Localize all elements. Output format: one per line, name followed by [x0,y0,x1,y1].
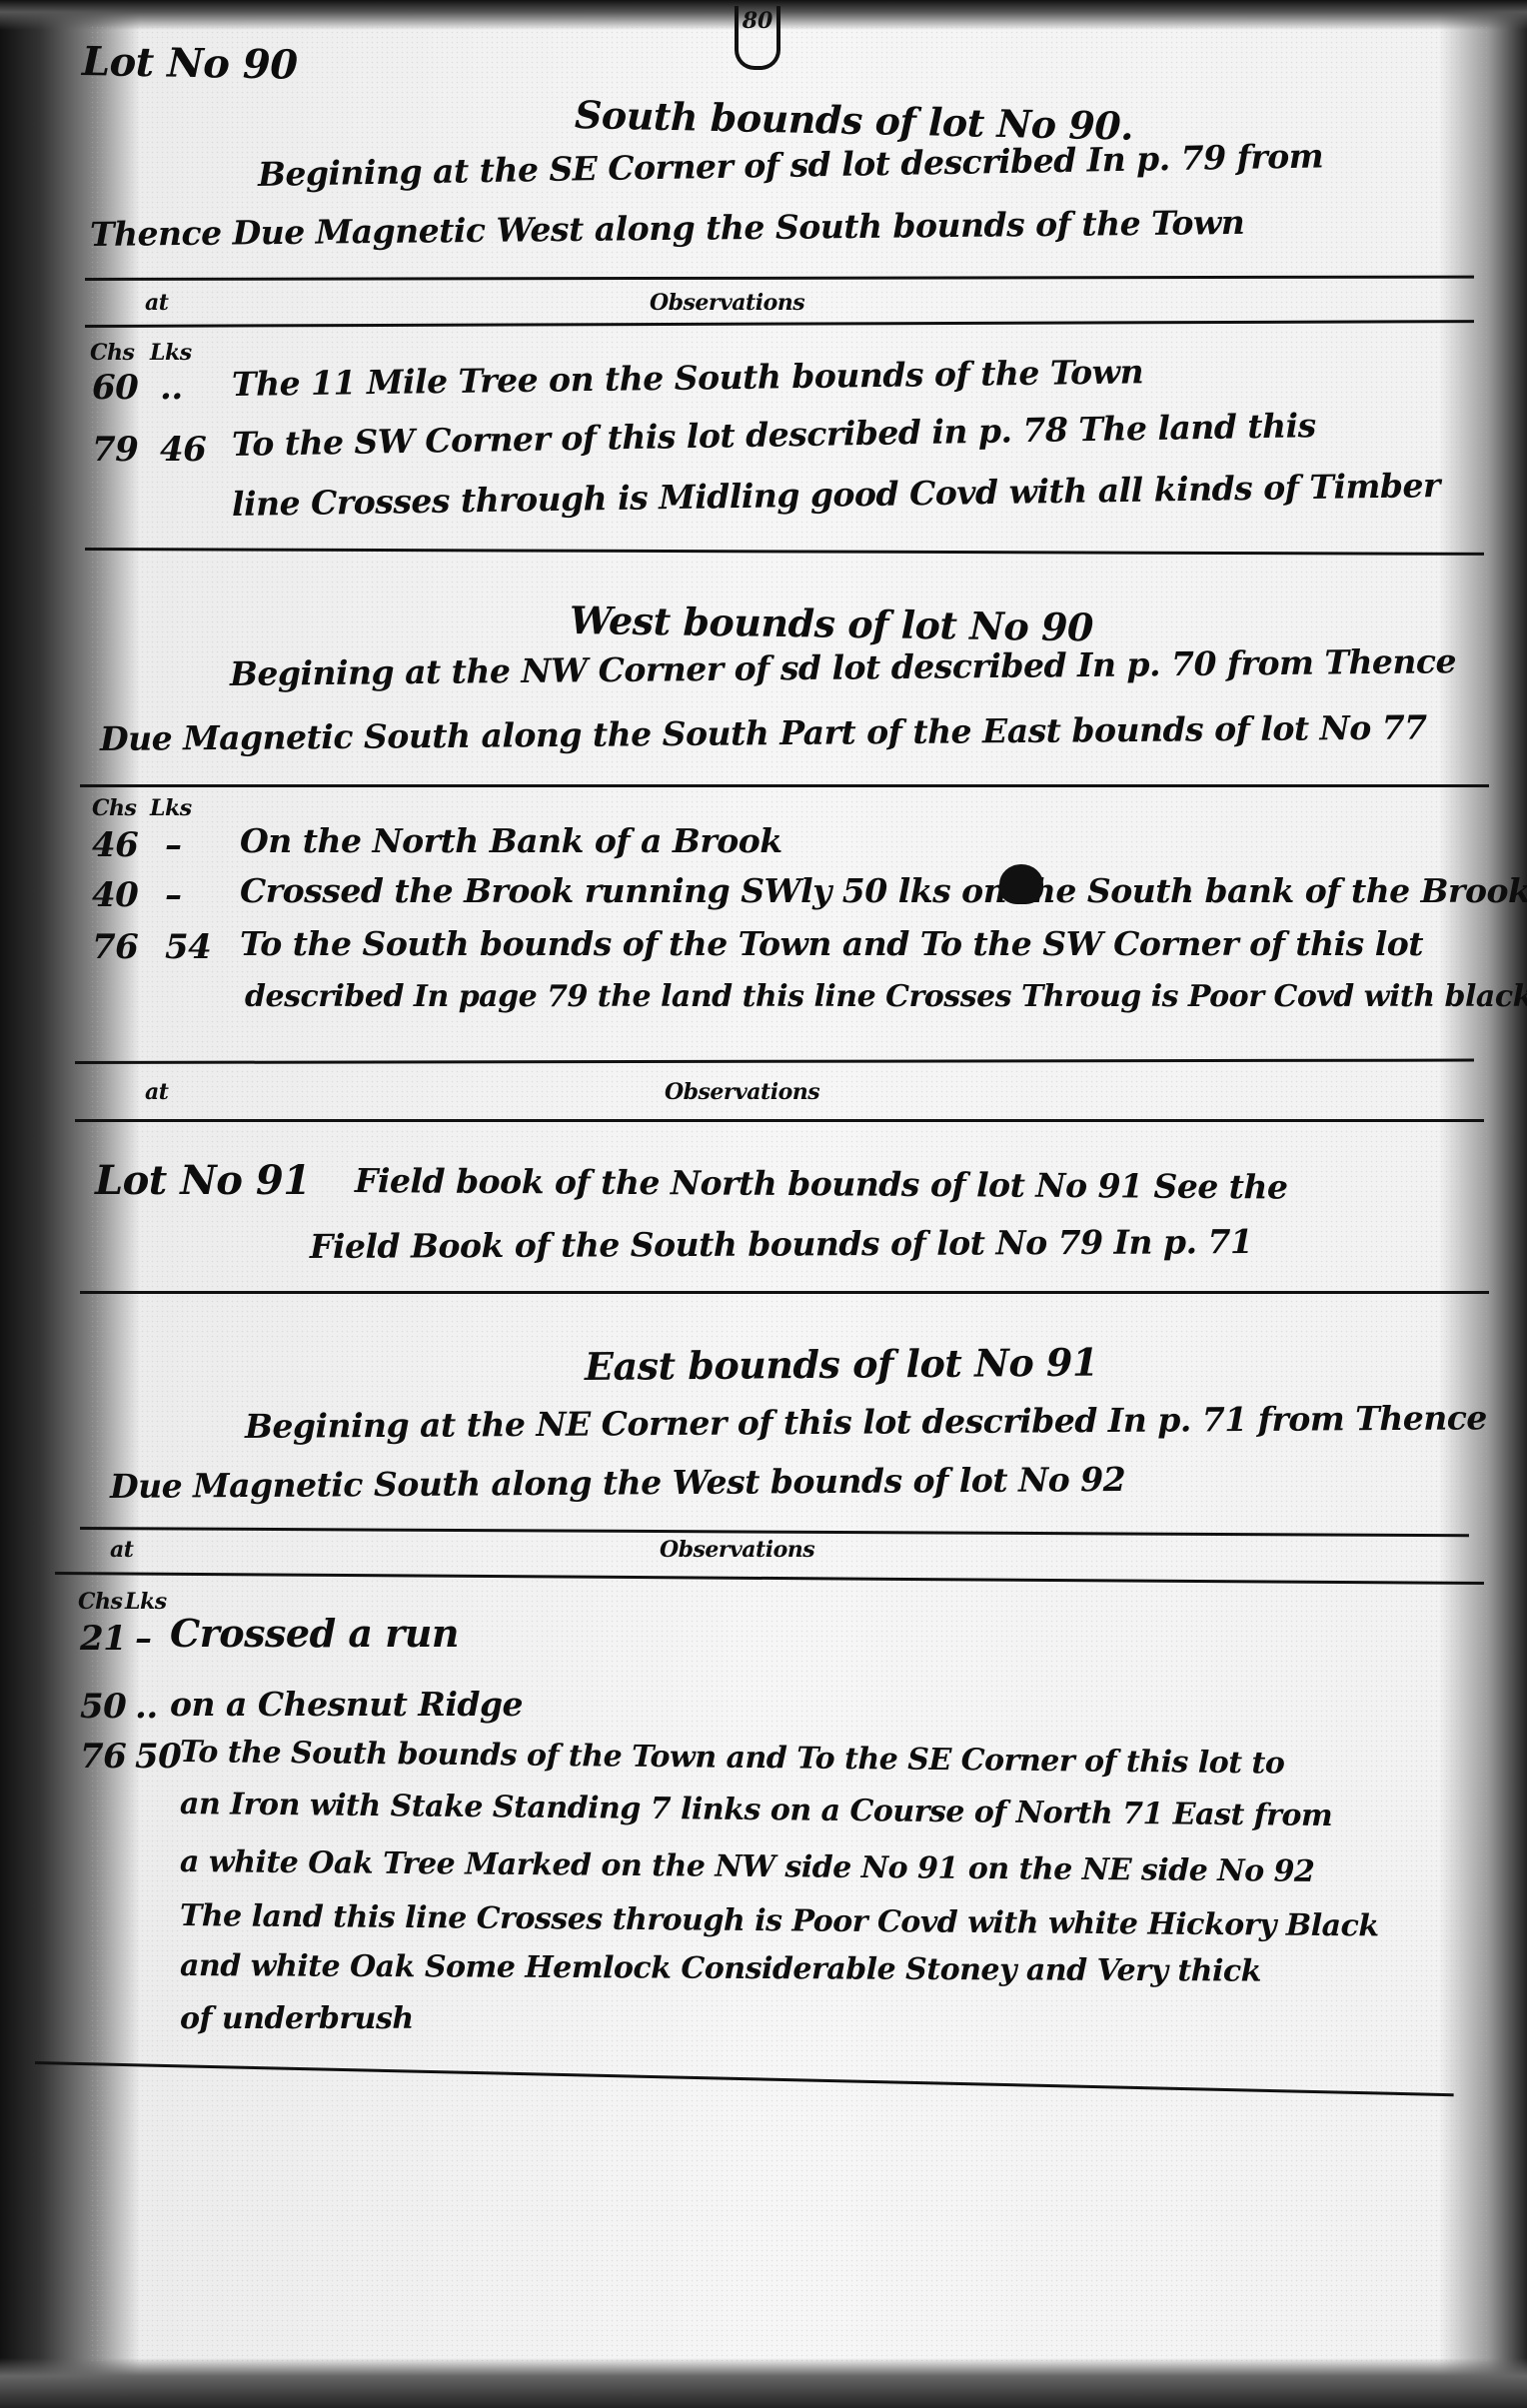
unit-links: Lks [150,795,192,821]
margin-lot-label: Lot No 91 [95,1157,311,1204]
row-observation: on a Chesnut Ridge [170,1685,523,1724]
section-title: East bounds of lot No 91 [585,1340,1098,1389]
row-chains: 76 [92,927,138,967]
row-observation-cont: of underbrush [180,2001,414,2036]
rule-divider [75,1119,1484,1122]
unit-chains: Chs [92,795,136,821]
unit-chains: Chs [90,340,134,366]
page-number: 80 [735,6,780,70]
row-links: .. [160,368,183,408]
column-header-at: at [110,1537,133,1563]
section-title: West bounds of lot No 90 [570,598,1094,649]
row-links: .. [135,1687,158,1727]
row-chains: 46 [92,825,138,865]
rule-divider [80,1291,1489,1294]
row-links: 54 [165,927,211,967]
manuscript-page: 80 Lot No 90 South bounds of lot No 90. … [0,0,1527,2408]
column-header-observations: Observations [660,1537,814,1563]
row-chains: 40 [92,875,138,915]
rule-divider [80,784,1489,787]
unit-links: Lks [150,340,192,366]
row-chains: 21 [80,1619,126,1659]
row-chains: 50 [80,1687,126,1727]
cross-reference-note: Field book of the North bounds of lot No… [355,1161,1288,1207]
column-header-observations: Observations [665,1079,819,1105]
row-chains: 76 [80,1737,126,1777]
margin-lot-label: Lot No 90 [82,38,298,89]
row-observation-cont: described In page 79 the land this line … [245,979,1527,1014]
row-observation-cont: and white Oak Some Hemlock Considerable … [180,1948,1261,1989]
row-observation: To the South bounds of the Town and To t… [240,924,1423,963]
row-observation: On the North Bank of a Brook [240,821,782,860]
unit-chains: Chs [78,1589,122,1615]
row-observation: Crossed a run [170,1611,459,1656]
row-links: – [165,825,182,865]
row-links: 50 [135,1737,181,1777]
cross-reference-note: Field Book of the South bounds of lot No… [310,1222,1253,1266]
row-chains: 79 [92,430,138,470]
row-links: – [135,1619,152,1659]
row-chains: 60 [92,368,138,408]
row-observation: Crossed the Brook running SWly 50 lks on… [240,871,1527,910]
unit-links: Lks [125,1589,167,1615]
column-header-at: at [145,1079,168,1105]
column-header-observations: Observations [650,290,804,316]
section-intro-line: Due Magnetic South along the West bounds… [110,1460,1125,1506]
scan-bottom-edge [0,2358,1527,2408]
ink-blot [999,864,1043,904]
column-header-at: at [145,290,168,316]
row-links: – [165,875,182,915]
row-links: 46 [160,430,206,470]
